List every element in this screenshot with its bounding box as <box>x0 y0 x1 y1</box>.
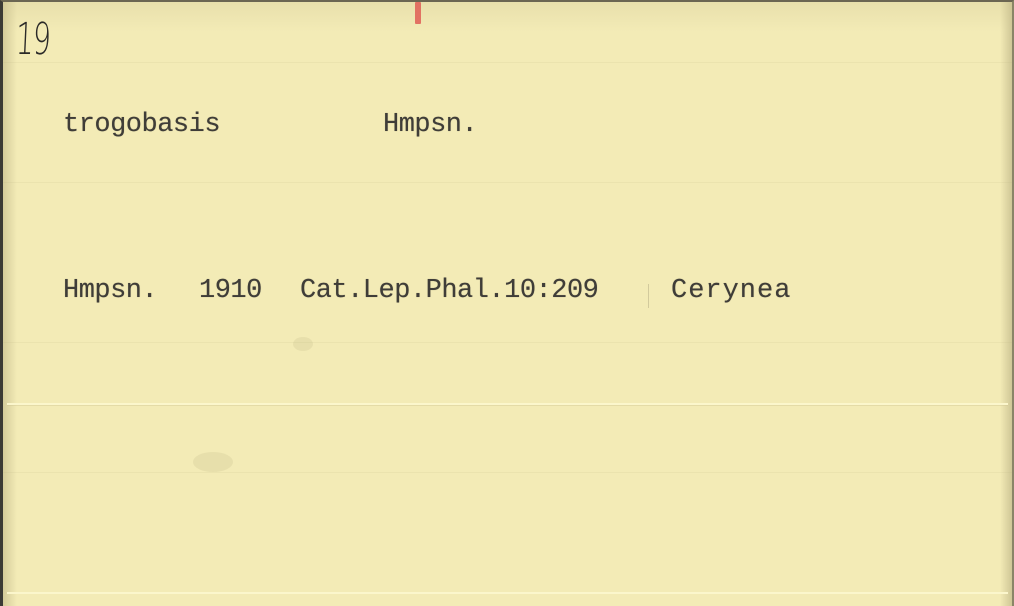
index-card: 19 trogobasis Hmpsn. Hmpsn. 1910 Cat.Lep… <box>0 0 1014 606</box>
red-tab-marker <box>415 2 421 24</box>
reference-year: 1910 <box>199 276 262 306</box>
card-bottom-edge <box>7 592 1008 594</box>
paper-texture-line <box>3 472 1012 473</box>
reference-genus: Cerynea <box>671 276 791 306</box>
reference-author: Hmpsn. <box>63 276 157 306</box>
genus-text: Cerynea <box>671 276 791 306</box>
card-crease-line <box>7 403 1008 405</box>
paper-texture-line <box>3 62 1012 63</box>
pencil-mark <box>648 284 649 308</box>
paper-texture-line <box>3 342 1012 343</box>
species-name: trogobasis <box>63 110 220 140</box>
paper-smudge <box>193 452 233 472</box>
reference-citation: Cat.Lep.Phal.10:209 <box>300 276 598 306</box>
paper-texture-line <box>3 182 1012 183</box>
paper-smudge <box>293 337 313 351</box>
card-number: 19 <box>15 14 51 65</box>
species-author: Hmpsn. <box>383 110 477 140</box>
